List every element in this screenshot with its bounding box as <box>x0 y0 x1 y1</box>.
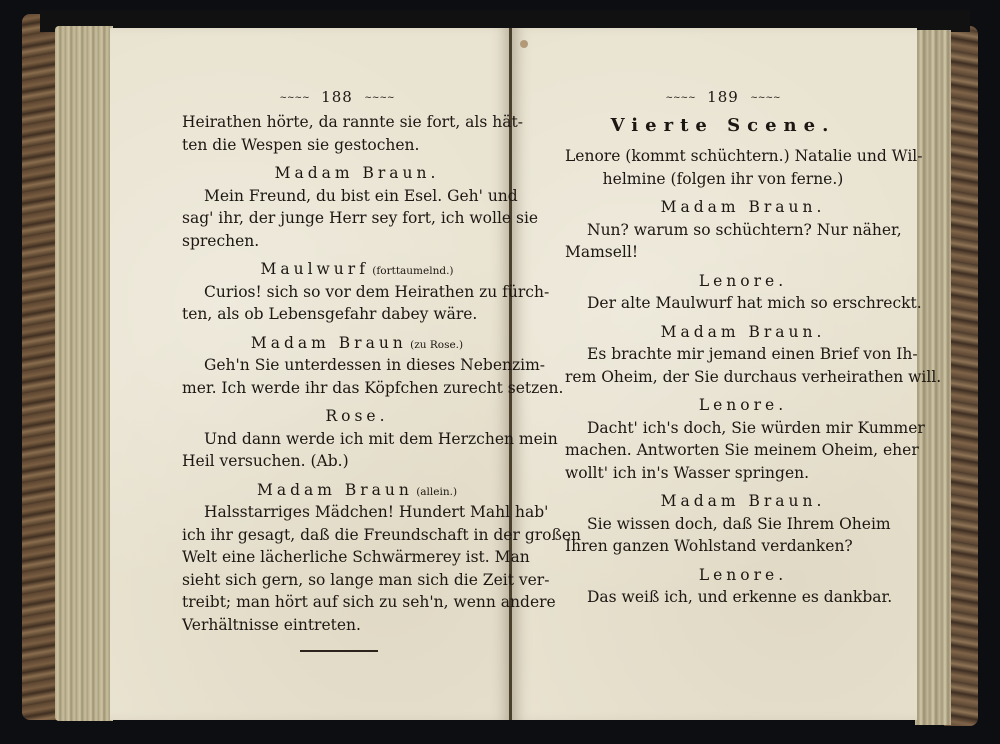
speaker-name: Lenore. <box>565 394 881 417</box>
speaker-name: Madam Braun (zu Rose.) <box>182 332 492 355</box>
page-number-value: 188 <box>321 88 353 106</box>
stage-direction: (allein.) <box>413 486 457 498</box>
ornament-icon: ~~~~ <box>665 93 695 103</box>
speaker-name: Madam Braun (allein.) <box>182 479 492 502</box>
speaker-label: Madam Braun <box>257 481 413 499</box>
speaker-name: Lenore. <box>565 564 881 587</box>
speaker-name: Lenore. <box>565 270 881 293</box>
speaker-name: Madam Braun. <box>565 321 881 344</box>
text-line: Mein Freund, du bist ein Esel. Geh' und <box>182 185 492 208</box>
text-line: Nun? warum so schüchtern? Nur näher, <box>565 219 881 242</box>
page-number-right: ~~~~ 189 ~~~~ <box>565 86 881 109</box>
text-line: Heil versuchen. (Ab.) <box>182 450 492 473</box>
right-page-text: ~~~~ 189 ~~~~ Vierte Scene. Lenore (komm… <box>565 86 881 609</box>
text-line: Dacht' ich's doch, Sie würden mir Kummer <box>565 417 881 440</box>
text-line: sprechen. <box>182 230 492 253</box>
ornament-icon: ~~~~ <box>279 93 309 103</box>
text-line: ten die Wespen sie gestochen. <box>182 134 492 157</box>
speaker-label: Madam Braun. <box>661 492 826 510</box>
text-line: Es brachte mir jemand einen Brief von Ih… <box>565 343 881 366</box>
text-line: Der alte Maulwurf hat mich so erschreckt… <box>565 292 881 315</box>
page-number-value: 189 <box>707 88 739 106</box>
text-line: Das weiß ich, und erkenne es dankbar. <box>565 586 881 609</box>
speaker-name: Maulwurf (forttaumelnd.) <box>182 258 492 281</box>
page-edges-left <box>55 26 113 721</box>
speaker-label: Madam Braun <box>251 334 407 352</box>
text-line: Sie wissen doch, daß Sie Ihrem Oheim <box>565 513 881 536</box>
text-line: Und dann werde ich mit dem Herzchen mein <box>182 428 492 451</box>
text-line: Geh'n Sie unterdessen in dieses Nebenzim… <box>182 354 492 377</box>
text-line: mer. Ich werde ihr das Köpfchen zurecht … <box>182 377 492 400</box>
speaker-label: Madam Braun. <box>275 164 440 182</box>
text-line: Heirathen hörte, da rannte sie fort, als… <box>182 111 492 134</box>
speaker-name: Madam Braun. <box>182 162 492 185</box>
left-page-text: ~~~~ 188 ~~~~ Heirathen hörte, da rannte… <box>182 86 492 652</box>
text-line: ten, als ob Lebensgefahr dabey wäre. <box>182 303 492 326</box>
cast-list-line: Lenore (kommt schüchtern.) Natalie und W… <box>565 145 881 168</box>
speaker-label: Lenore. <box>699 272 787 290</box>
speaker-label: Lenore. <box>699 396 787 414</box>
speaker-label: Lenore. <box>699 566 787 584</box>
text-line: sieht sich gern, so lange man sich die Z… <box>182 569 492 592</box>
left-lines: Heirathen hörte, da rannte sie fort, als… <box>182 111 492 636</box>
text-line: Mamsell! <box>565 241 881 264</box>
speaker-label: Maulwurf <box>260 260 368 278</box>
right-lines: Lenore (kommt schüchtern.) Natalie und W… <box>565 145 881 609</box>
closing-rule <box>300 650 378 652</box>
stage-direction: (zu Rose.) <box>407 339 463 351</box>
text-line: ich ihr gesagt, daß die Freundschaft in … <box>182 524 492 547</box>
page-number-left: ~~~~ 188 ~~~~ <box>182 86 492 109</box>
stage-direction: (forttaumelnd.) <box>369 265 454 277</box>
ornament-icon: ~~~~ <box>364 93 394 103</box>
speaker-label: Madam Braun. <box>661 198 826 216</box>
text-line: Curios! sich so vor dem Heirathen zu für… <box>182 281 492 304</box>
text-line: Welt eine lächerliche Schwärmerey ist. M… <box>182 546 492 569</box>
scene-title: Vierte Scene. <box>565 115 881 137</box>
speaker-label: Madam Braun. <box>661 323 826 341</box>
text-line: wollt' ich in's Wasser springen. <box>565 462 881 485</box>
speaker-name: Madam Braun. <box>565 196 881 219</box>
speaker-name: Madam Braun. <box>565 490 881 513</box>
paper-spot <box>520 40 528 48</box>
text-line: treibt; man hört auf sich zu seh'n, wenn… <box>182 591 492 614</box>
ornament-icon: ~~~~ <box>750 93 780 103</box>
text-line: Halsstarriges Mädchen! Hundert Mahl hab' <box>182 501 492 524</box>
speaker-name: Rose. <box>182 405 492 428</box>
cast-list-line: helmine (folgen ihr von ferne.) <box>565 168 881 191</box>
text-line: rem Oheim, der Sie durchaus verheirathen… <box>565 366 881 389</box>
text-line: Verhältnisse eintreten. <box>182 614 492 637</box>
text-line: Ihren ganzen Wohlstand verdanken? <box>565 535 881 558</box>
text-line: sag' ihr, der junge Herr sey fort, ich w… <box>182 207 492 230</box>
text-line: machen. Antworten Sie meinem Oheim, eher <box>565 439 881 462</box>
speaker-label: Rose. <box>325 407 388 425</box>
